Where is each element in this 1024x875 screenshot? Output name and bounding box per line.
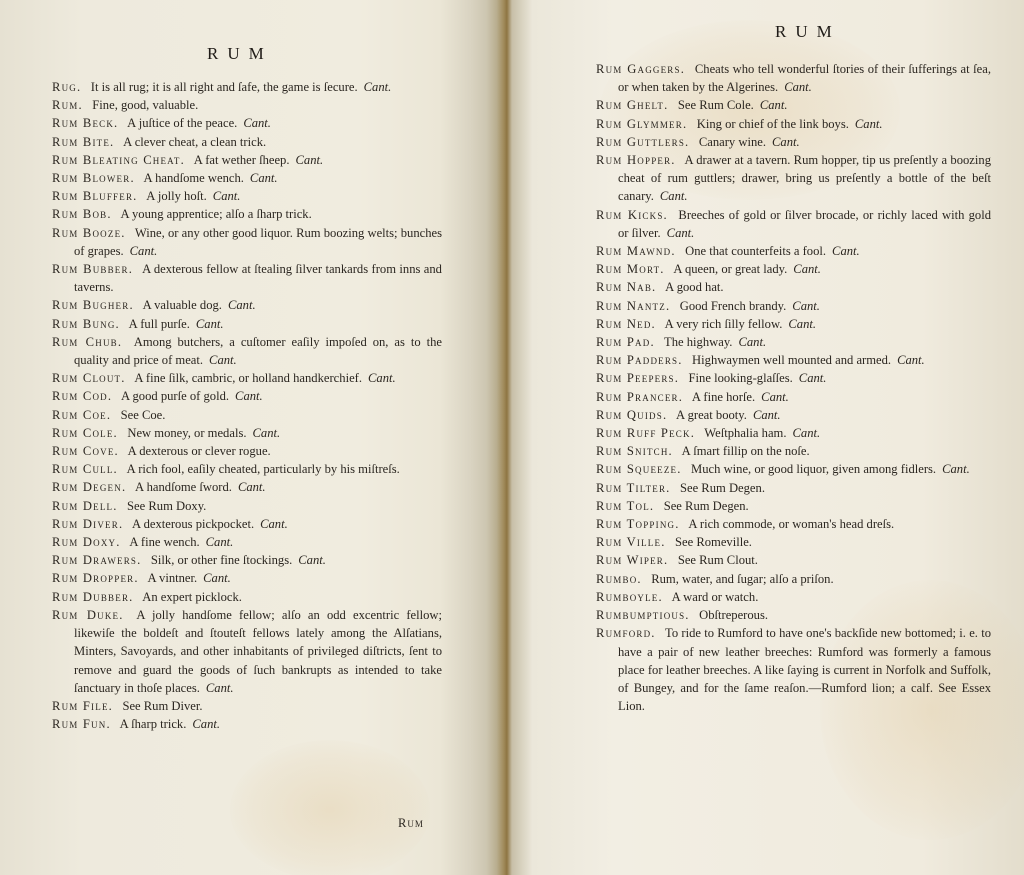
dictionary-entry: Rum Tilter. See Rum Degen. — [596, 479, 991, 497]
headword: Rum Clout. — [52, 371, 126, 385]
usage-tag: Cant. — [897, 353, 925, 367]
dictionary-entry: Rumbo. Rum, water, and ſugar; alſo a pri… — [596, 570, 991, 588]
dictionary-entry: Rumboyle. A ward or watch. — [596, 588, 991, 606]
dictionary-entry: Rum Booze. Wine, or any other good liquo… — [52, 224, 442, 260]
definition: See Rum Degen. — [677, 481, 765, 495]
headword: Rum Duke. — [52, 608, 124, 622]
definition: A ſharp trick. — [117, 717, 186, 731]
headword: Rum Booze. — [52, 226, 126, 240]
definition: A rich commode, or woman's head dreſs. — [686, 517, 894, 531]
headword: Rum Nab. — [596, 280, 656, 294]
usage-tag: Cant. — [761, 390, 789, 404]
definition: Silk, or other fine ſtockings. — [148, 553, 292, 567]
headword: Rum Ghelt. — [596, 98, 668, 112]
usage-tag: Cant. — [298, 553, 326, 567]
headword: Rum Bleating Cheat. — [52, 153, 185, 167]
dictionary-entry: Rum Doxy. A fine wench.Cant. — [52, 533, 442, 551]
definition: Among butchers, a cuſtomer eaſily impoſe… — [74, 335, 442, 367]
definition: See Coe. — [118, 408, 166, 422]
headword: Rum Peepers. — [596, 371, 679, 385]
dictionary-entry: Rum Cull. A rich fool, eaſily cheated, p… — [52, 460, 442, 478]
usage-tag: Cant. — [799, 371, 827, 385]
headword: Rum Squeeze. — [596, 462, 682, 476]
definition: See Rum Clout. — [675, 553, 758, 567]
usage-tag: Cant. — [784, 80, 812, 94]
headword: Rumbo. — [596, 572, 642, 586]
headword: Rum Gaggers. — [596, 62, 685, 76]
dictionary-entry: Rum Bubber. A dexterous fellow at ſteali… — [52, 260, 442, 296]
usage-tag: Cant. — [130, 244, 158, 258]
usage-tag: Cant. — [792, 299, 820, 313]
definition: See Rum Degen. — [661, 499, 749, 513]
headword: Rum Dropper. — [52, 571, 139, 585]
definition: Weſtphalia ham. — [701, 426, 786, 440]
definition: A vintner. — [145, 571, 197, 585]
definition: A ſmart fillip on the noſe. — [679, 444, 809, 458]
dictionary-entry: Rum Blower. A handſome wench.Cant. — [52, 169, 442, 187]
usage-tag: Cant. — [209, 353, 237, 367]
headword: Rum Kicks. — [596, 208, 668, 222]
headword: Rum Ville. — [596, 535, 666, 549]
definition: A dexterous or clever rogue. — [125, 444, 270, 458]
usage-tag: Cant. — [942, 462, 970, 476]
dictionary-entry: Rum Beck. A juſtice of the peace.Cant. — [52, 114, 442, 132]
headword: Rum Bubber. — [52, 262, 133, 276]
definition: Highwaymen well mounted and armed. — [689, 353, 891, 367]
headword: Rum Doxy. — [52, 535, 121, 549]
headword: Rum Tol. — [596, 499, 654, 513]
usage-tag: Cant. — [832, 244, 860, 258]
definition: A valuable dog. — [140, 298, 222, 312]
headword: Rum Glymmer. — [596, 117, 687, 131]
dictionary-entry: Rum Padders. Highwaymen well mounted and… — [596, 351, 991, 369]
headword: Rum Mawnd. — [596, 244, 676, 258]
headword: Rum. — [52, 98, 83, 112]
headword: Rum Ruff Peck. — [596, 426, 695, 440]
headword: Rum Cole. — [52, 426, 118, 440]
definition: A full purſe. — [126, 317, 190, 331]
dictionary-entry: Rum Kicks. Breeches of gold or ſilver br… — [596, 206, 991, 242]
headword: Rum Padders. — [596, 353, 683, 367]
definition: A very rich ſilly fellow. — [662, 317, 782, 331]
dictionary-entry: Rum Ned. A very rich ſilly fellow.Cant. — [596, 315, 991, 333]
usage-tag: Cant. — [206, 681, 234, 695]
usage-tag: Cant. — [667, 226, 695, 240]
definition: A handſome wench. — [141, 171, 244, 185]
dictionary-entry: Rug. It is all rug; it is all right and … — [52, 78, 442, 96]
dictionary-entry: Rum Nab. A good hat. — [596, 278, 991, 296]
headword: Rum Quids. — [596, 408, 667, 422]
headword: Rum Bung. — [52, 317, 120, 331]
definition: Good French brandy. — [677, 299, 787, 313]
usage-tag: Cant. — [196, 317, 224, 331]
headword: Rum Cove. — [52, 444, 119, 458]
definition: See Romeville. — [672, 535, 752, 549]
running-head: RUM — [207, 44, 273, 64]
dictionary-entry: Rum Clout. A fine ſilk, cambric, or holl… — [52, 369, 442, 387]
dictionary-entry: Rum Ghelt. See Rum Cole.Cant. — [596, 96, 991, 114]
dictionary-entry: Rum Quids. A great booty.Cant. — [596, 406, 991, 424]
definition: A good purſe of gold. — [119, 389, 230, 403]
dictionary-entry: Rum Bite. A clever cheat, a clean trick. — [52, 133, 442, 151]
dictionary-entry: Rum Bugher. A valuable dog.Cant. — [52, 296, 442, 314]
headword: Rum Nantz. — [596, 299, 670, 313]
dictionary-entry: Rum Hopper. A drawer at a tavern. Rum ho… — [596, 151, 991, 206]
dictionary-entry: Rum Cove. A dexterous or clever rogue. — [52, 442, 442, 460]
definition: The highway. — [661, 335, 732, 349]
headword: Rum Bob. — [52, 207, 112, 221]
dictionary-entry: Rum Drawers. Silk, or other fine ſtockin… — [52, 551, 442, 569]
definition: Fine looking-glaſſes. — [685, 371, 792, 385]
dictionary-entry: Rum Squeeze. Much wine, or good liquor, … — [596, 460, 991, 478]
headword: Rum Chub. — [52, 335, 122, 349]
left-page: RUM Rug. It is all rug; it is all right … — [0, 0, 500, 875]
dictionary-entry: Rum File. See Rum Diver. — [52, 697, 442, 715]
definition: A fine horſe. — [689, 390, 755, 404]
definition: A queen, or great lady. — [671, 262, 787, 276]
definition: Fine, good, valuable. — [89, 98, 198, 112]
headword: Rum Dubber. — [52, 590, 134, 604]
headword: Rum Bugher. — [52, 298, 134, 312]
dictionary-entry: Rum Bluffer. A jolly hoſt.Cant. — [52, 187, 442, 205]
dictionary-entry: Rum Gaggers. Cheats who tell wonderful ſ… — [596, 60, 991, 96]
headword: Rum Drawers. — [52, 553, 141, 567]
headword: Rum Dell. — [52, 499, 118, 513]
dictionary-entry: Rum Mawnd. One that counterfeits a fool.… — [596, 242, 991, 260]
dictionary-entry: Rum Degen. A handſome ſword.Cant. — [52, 478, 442, 496]
headword: Rum Bite. — [52, 135, 114, 149]
dictionary-entry: Rum Fun. A ſharp trick.Cant. — [52, 715, 442, 733]
headword: Rum Coe. — [52, 408, 111, 422]
usage-tag: Cant. — [760, 98, 788, 112]
catchword: Rum — [398, 816, 424, 831]
definition: A fine ſilk, cambric, or holland handker… — [132, 371, 362, 385]
definition: A rich fool, eaſily cheated, particularl… — [124, 462, 400, 476]
dictionary-entry: Rum Diver. A dexterous pickpocket.Cant. — [52, 515, 442, 533]
definition: Canary wine. — [696, 135, 766, 149]
definition: A great booty. — [674, 408, 747, 422]
definition: See Rum Cole. — [675, 98, 754, 112]
headword: Rum Degen. — [52, 480, 126, 494]
usage-tag: Cant. — [364, 80, 392, 94]
headword: Rum Topping. — [596, 517, 680, 531]
definition: New money, or medals. — [124, 426, 246, 440]
dictionary-entry: Rum Mort. A queen, or great lady.Cant. — [596, 260, 991, 278]
usage-tag: Cant. — [738, 335, 766, 349]
dictionary-entry: Rum Nantz. Good French brandy.Cant. — [596, 297, 991, 315]
usage-tag: Cant. — [238, 480, 266, 494]
dictionary-entry: Rumbumptious. Obſtreperous. — [596, 606, 991, 624]
definition: A young apprentice; alſo a ſharp trick. — [118, 207, 312, 221]
definition: An expert picklock. — [140, 590, 242, 604]
usage-tag: Cant. — [203, 571, 231, 585]
usage-tag: Cant. — [235, 389, 263, 403]
definition: A fine wench. — [127, 535, 200, 549]
dictionary-entry: Rum Cod. A good purſe of gold.Cant. — [52, 387, 442, 405]
dictionary-entry: Rum Chub. Among butchers, a cuſtomer eaſ… — [52, 333, 442, 369]
book-spread: RUM Rug. It is all rug; it is all right … — [0, 0, 1024, 875]
usage-tag: Cant. — [772, 135, 800, 149]
usage-tag: Cant. — [296, 153, 324, 167]
headword: Rum Tilter. — [596, 481, 671, 495]
dictionary-entry: Rum Glymmer. King or chief of the link b… — [596, 115, 991, 133]
headword: Rum Snitch. — [596, 444, 673, 458]
dictionary-entry: Rum Bleating Cheat. A fat wether ſheep.C… — [52, 151, 442, 169]
definition: One that counterfeits a fool. — [682, 244, 826, 258]
running-head: RUM — [775, 22, 841, 42]
headword: Rum Fun. — [52, 717, 111, 731]
definition: A good hat. — [663, 280, 724, 294]
dictionary-entry: Rum Dropper. A vintner.Cant. — [52, 569, 442, 587]
dictionary-entry: Rum Prancer. A fine horſe.Cant. — [596, 388, 991, 406]
headword: Rum Beck. — [52, 116, 118, 130]
usage-tag: Cant. — [660, 189, 688, 203]
headword: Rum Ned. — [596, 317, 656, 331]
usage-tag: Cant. — [228, 298, 256, 312]
usage-tag: Cant. — [250, 171, 278, 185]
headword: Rumford. — [596, 626, 656, 640]
usage-tag: Cant. — [793, 262, 821, 276]
headword: Rum Prancer. — [596, 390, 683, 404]
dictionary-entry: Rum Tol. See Rum Degen. — [596, 497, 991, 515]
dictionary-entry: Rum Peepers. Fine looking-glaſſes.Cant. — [596, 369, 991, 387]
definition: A fat wether ſheep. — [191, 153, 289, 167]
dictionary-entry: Rum Bob. A young apprentice; alſo a ſhar… — [52, 205, 442, 223]
entry-list: Rum Gaggers. Cheats who tell wonderful ſ… — [596, 60, 991, 715]
dictionary-entry: Rum Cole. New money, or medals.Cant. — [52, 424, 442, 442]
definition: See Rum Doxy. — [124, 499, 206, 513]
usage-tag: Cant. — [192, 717, 220, 731]
usage-tag: Cant. — [213, 189, 241, 203]
dictionary-entry: Rum. Fine, good, valuable. — [52, 96, 442, 114]
definition: Obſtreperous. — [696, 608, 768, 622]
dictionary-entry: Rum Pad. The highway.Cant. — [596, 333, 991, 351]
headword: Rug. — [52, 80, 81, 94]
definition: A ward or watch. — [669, 590, 758, 604]
usage-tag: Cant. — [260, 517, 288, 531]
definition: A handſome ſword. — [133, 480, 232, 494]
definition: Much wine, or good liquor, given among f… — [688, 462, 936, 476]
definition: A jolly handſome fellow; alſo an odd exc… — [74, 608, 442, 695]
headword: Rum Blower. — [52, 171, 135, 185]
usage-tag: Cant. — [253, 426, 281, 440]
definition: To ride to Rumford to have one's backſid… — [618, 626, 991, 713]
dictionary-entry: Rum Ruff Peck. Weſtphalia ham.Cant. — [596, 424, 991, 442]
dictionary-entry: Rum Dubber. An expert picklock. — [52, 588, 442, 606]
dictionary-entry: Rum Dell. See Rum Doxy. — [52, 497, 442, 515]
dictionary-entry: Rum Snitch. A ſmart fillip on the noſe. — [596, 442, 991, 460]
headword: Rum Diver. — [52, 517, 123, 531]
headword: Rum Cod. — [52, 389, 112, 403]
definition: A clever cheat, a clean trick. — [121, 135, 266, 149]
usage-tag: Cant. — [243, 116, 271, 130]
dictionary-entry: Rum Topping. A rich commode, or woman's … — [596, 515, 991, 533]
definition: See Rum Diver. — [119, 699, 202, 713]
entry-list: Rug. It is all rug; it is all right and … — [52, 78, 442, 733]
headword: Rum Pad. — [596, 335, 655, 349]
headword: Rum File. — [52, 699, 113, 713]
dictionary-entry: Rum Duke. A jolly handſome fellow; alſo … — [52, 606, 442, 697]
definition: Rum, water, and ſugar; alſo a priſon. — [648, 572, 834, 586]
headword: Rum Guttlers. — [596, 135, 689, 149]
definition: King or chief of the link boys. — [694, 117, 849, 131]
headword: Rum Bluffer. — [52, 189, 138, 203]
dictionary-entry: Rum Bung. A full purſe.Cant. — [52, 315, 442, 333]
usage-tag: Cant. — [855, 117, 883, 131]
definition: A juſtice of the peace. — [125, 116, 238, 130]
definition: A dexterous pickpocket. — [130, 517, 255, 531]
dictionary-entry: Rum Guttlers. Canary wine.Cant. — [596, 133, 991, 151]
headword: Rum Mort. — [596, 262, 665, 276]
headword: Rum Wiper. — [596, 553, 668, 567]
dictionary-entry: Rum Ville. See Romeville. — [596, 533, 991, 551]
usage-tag: Cant. — [753, 408, 781, 422]
definition: A jolly hoſt. — [144, 189, 207, 203]
headword: Rumbumptious. — [596, 608, 690, 622]
usage-tag: Cant. — [793, 426, 821, 440]
definition: It is all rug; it is all right and ſafe,… — [88, 80, 358, 94]
dictionary-entry: Rum Coe. See Coe. — [52, 406, 442, 424]
headword: Rum Hopper. — [596, 153, 676, 167]
headword: Rumboyle. — [596, 590, 663, 604]
dictionary-entry: Rum Wiper. See Rum Clout. — [596, 551, 991, 569]
usage-tag: Cant. — [368, 371, 396, 385]
usage-tag: Cant. — [206, 535, 234, 549]
dictionary-entry: Rumford. To ride to Rumford to have one'… — [596, 624, 991, 715]
headword: Rum Cull. — [52, 462, 118, 476]
usage-tag: Cant. — [788, 317, 816, 331]
